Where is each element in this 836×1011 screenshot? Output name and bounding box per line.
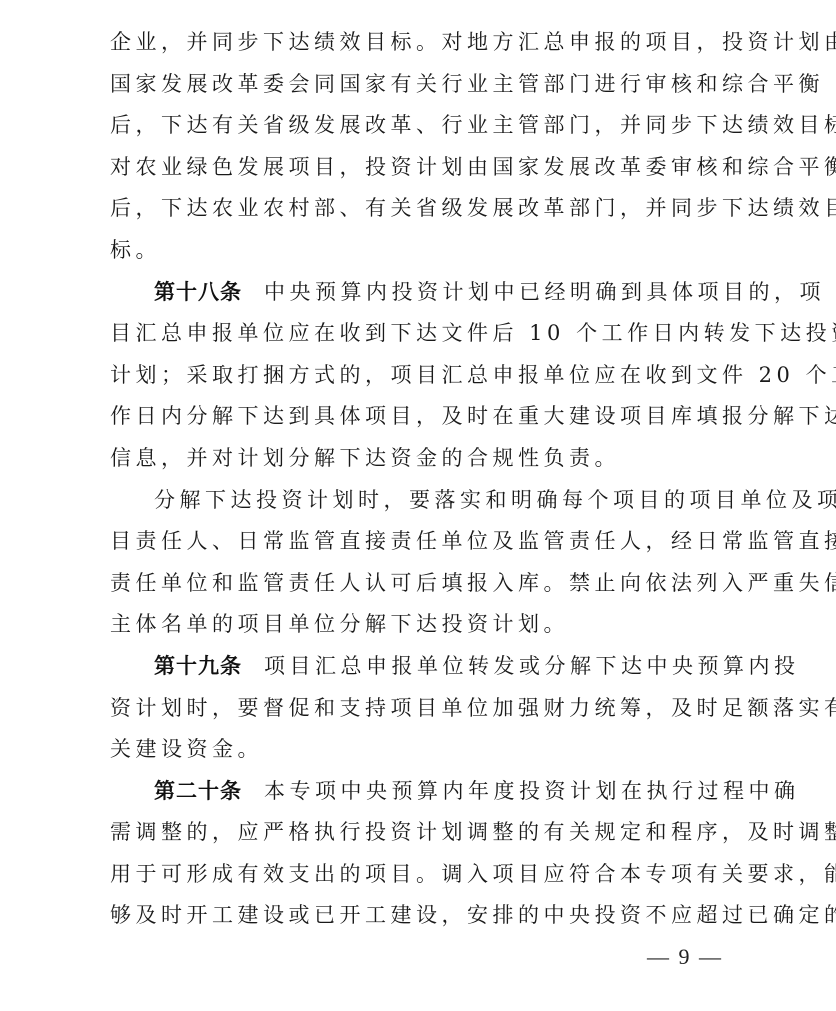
paragraph-continuation: 企业，并同步下达绩效目标。对地方汇总申报的项目，投资计划由 国家发展改革委会同国… [110,22,730,272]
text-line: 需调整的，应严格执行投资计划调整的有关规定和程序，及时调整 [110,812,730,854]
article-number: 第十八条 [154,280,242,304]
article-20: 第二十条本专项中央预算内年度投资计划在执行过程中确 需调整的，应严格执行投资计划… [110,771,730,937]
text-line: 责任单位和监管责任人认可后填报入库。禁止向依法列入严重失信 [110,563,730,605]
article-first-line: 第十九条项目汇总申报单位转发或分解下达中央预算内投 [110,646,730,688]
text-line: 分解下达投资计划时，要落实和明确每个项目的项目单位及项 [110,480,730,522]
article-text: 项目汇总申报单位转发或分解下达中央预算内投 [264,654,800,678]
article-text: 本专项中央预算内年度投资计划在执行过程中确 [264,779,800,803]
page-number: — 9 — [640,944,730,970]
text-line: 信息，并对计划分解下达资金的合规性负责。 [110,438,730,480]
text-line: 后，下达有关省级发展改革、行业主管部门，并同步下达绩效目标。 [110,105,730,147]
article-18: 第十八条中央预算内投资计划中已经明确到具体项目的，项 目汇总申报单位应在收到下达… [110,272,730,480]
text-line: 关建设资金。 [110,729,730,771]
text-line: 用于可形成有效支出的项目。调入项目应符合本专项有关要求，能 [110,854,730,896]
text-line: 目汇总申报单位应在收到下达文件后 10 个工作日内转发下达投资 [110,313,730,355]
text-line: 企业，并同步下达绩效目标。对地方汇总申报的项目，投资计划由 [110,22,730,64]
text-line: 够及时开工建设或已开工建设，安排的中央投资不应超过已确定的 [110,895,730,937]
article-text: 中央预算内投资计划中已经明确到具体项目的，项 [264,280,825,304]
document-page: 企业，并同步下达绩效目标。对地方汇总申报的项目，投资计划由 国家发展改革委会同国… [110,22,730,937]
text-line: 后，下达农业农村部、有关省级发展改革部门，并同步下达绩效目 [110,188,730,230]
text-line: 资计划时，要督促和支持项目单位加强财力统筹，及时足额落实有 [110,688,730,730]
text-line: 作日内分解下达到具体项目，及时在重大建设项目库填报分解下达 [110,396,730,438]
text-line: 国家发展改革委会同国家有关行业主管部门进行审核和综合平衡 [110,64,730,106]
article-first-line: 第十八条中央预算内投资计划中已经明确到具体项目的，项 [110,272,730,314]
article-19: 第十九条项目汇总申报单位转发或分解下达中央预算内投 资计划时，要督促和支持项目单… [110,646,730,771]
article-number: 第十九条 [154,654,242,678]
text-line: 主体名单的项目单位分解下达投资计划。 [110,604,730,646]
text-line: 标。 [110,230,730,272]
text-line: 计划；采取打捆方式的，项目汇总申报单位应在收到文件 20 个工 [110,355,730,397]
text-line: 目责任人、日常监管直接责任单位及监管责任人，经日常监管直接 [110,521,730,563]
text-line: 对农业绿色发展项目，投资计划由国家发展改革委审核和综合平衡 [110,147,730,189]
article-number: 第二十条 [154,779,242,803]
paragraph-decompose: 分解下达投资计划时，要落实和明确每个项目的项目单位及项 目责任人、日常监管直接责… [110,480,730,646]
article-first-line: 第二十条本专项中央预算内年度投资计划在执行过程中确 [110,771,730,813]
